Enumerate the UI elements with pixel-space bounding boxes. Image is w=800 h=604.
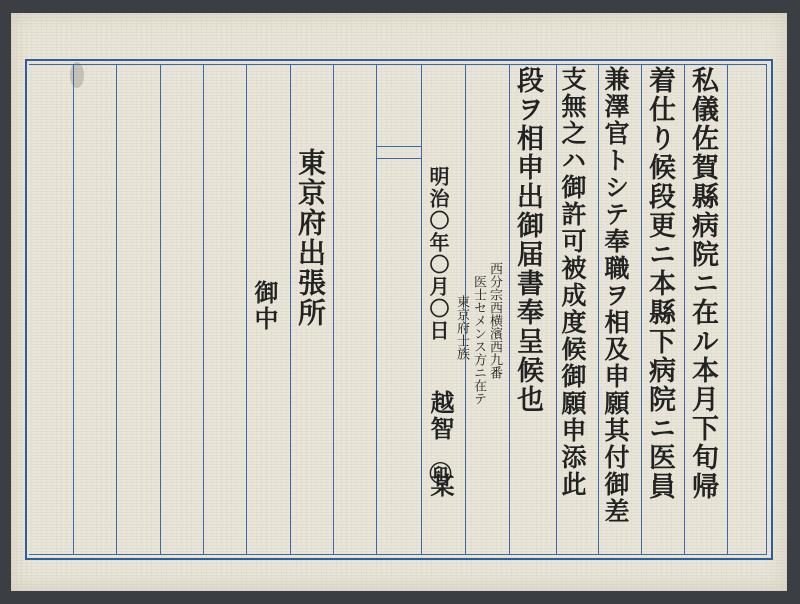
letter-column-5: 段ヲ相申出御届書奉呈候也 bbox=[514, 66, 541, 414]
column-rule bbox=[73, 64, 74, 554]
column-rule bbox=[246, 64, 247, 554]
column-rule bbox=[160, 64, 161, 554]
letter-column-4: 支無之ハ御許可被成度候御願申添此 bbox=[560, 66, 585, 498]
signer-affiliation: 東京府士族 bbox=[455, 295, 468, 360]
letter-column-3: 兼澤官トシテ奉職ヲ相及申願其付御差 bbox=[603, 66, 628, 525]
column-rule bbox=[116, 64, 117, 554]
letter-column-1: 私儀佐賀縣病院ニ在ル本月下旬帰 bbox=[689, 66, 716, 501]
column-rule bbox=[556, 64, 557, 554]
date-line: 明治〇年〇月〇日 bbox=[428, 166, 448, 342]
addressee-honorific: 御中 bbox=[252, 280, 276, 332]
column-rule bbox=[376, 64, 377, 554]
column-rule bbox=[598, 64, 599, 554]
column-rule bbox=[727, 64, 728, 554]
seal-mark: ㊞ bbox=[428, 462, 450, 486]
addressee-office: 東京府出張所 bbox=[296, 148, 324, 328]
column-rule bbox=[421, 64, 422, 554]
center-fold-mark bbox=[376, 158, 421, 159]
column-rule bbox=[641, 64, 642, 554]
column-rule bbox=[684, 64, 685, 554]
address-line-2: 医士セメンス方ニ在テ bbox=[472, 275, 485, 405]
column-rule bbox=[509, 64, 510, 554]
column-rule bbox=[333, 64, 334, 554]
column-rule bbox=[290, 64, 291, 554]
center-fold-mark bbox=[376, 146, 421, 147]
address-line-1: 西分宗西横濱西九番 bbox=[488, 262, 501, 379]
letter-column-2: 着仕り候段更ニ本縣下病院ニ医員 bbox=[646, 66, 673, 501]
column-rule bbox=[203, 64, 204, 554]
